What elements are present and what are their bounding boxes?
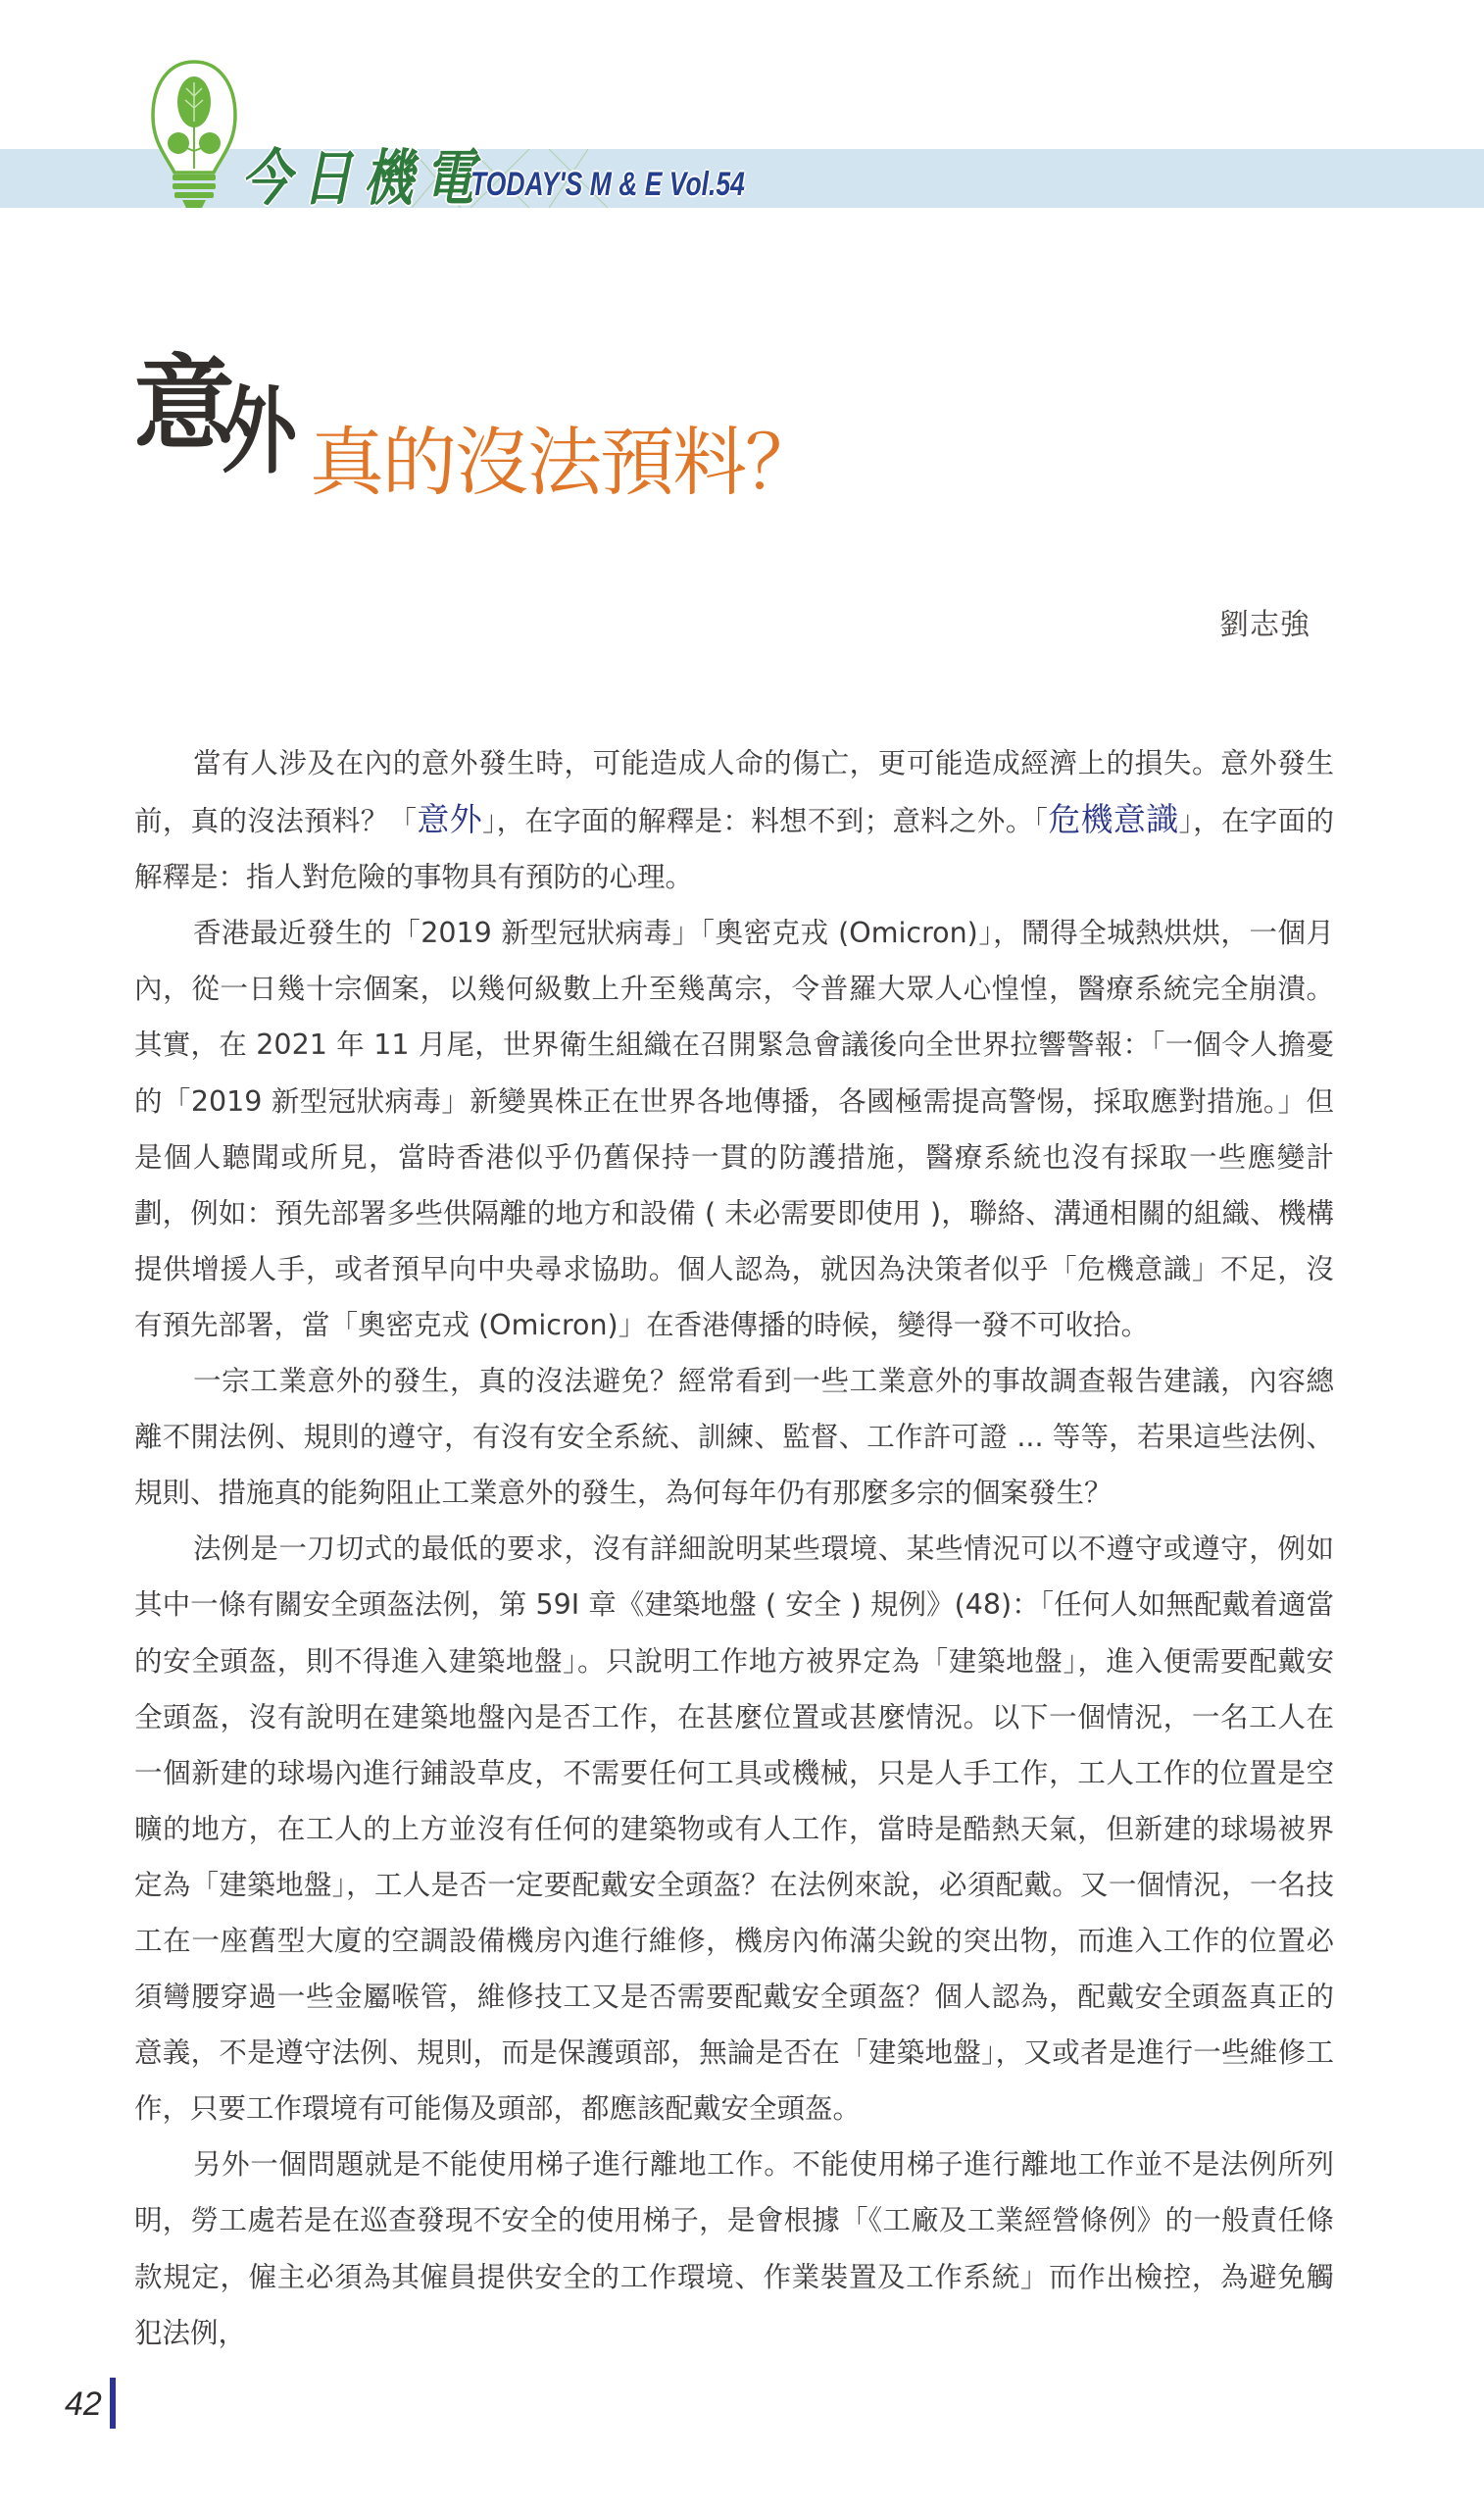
highlighted-term-crisis-awareness: 危機意識 [1048,800,1178,838]
paragraph-4: 法例是一刀切式的最低的要求，沒有詳細說明某些環境、某些情況可以不遵守或遵守，例如… [134,1521,1334,2136]
masthead-chinese-title: 今日機電 [241,143,485,214]
article-title-char-1: 意 [133,345,235,463]
article-body: 當有人涉及在內的意外發生時，可能造成人命的傷亡，更可能造成經濟上的損失。意外發生… [134,735,1334,2361]
lightbulb-sprout-icon [149,59,239,210]
article-title-char-2: 外 [222,373,297,490]
page-number-bar [110,2378,116,2429]
article-author: 劉志強 [1219,604,1311,647]
masthead-english-title: TODAY'S M & E Vol.54 [470,165,745,204]
page-number: 42 [65,2384,102,2424]
paragraph-5: 另外一個問題就是不能使用梯子進行離地工作。不能使用梯子進行離地工作並不是法例所列… [134,2136,1334,2360]
paragraph-text: 」，在字面的解釋是：料想不到；意料之外。「 [482,805,1048,837]
paragraph-1: 當有人涉及在內的意外發生時，可能造成人命的傷亡，更可能造成經濟上的損失。意外發生… [134,735,1334,905]
highlighted-term-accident: 意外 [417,800,482,838]
paragraph-3: 一宗工業意外的發生，真的沒法避免？經常看到一些工業意外的事故調查報告建議，內容總… [134,1353,1334,1521]
paragraph-2: 香港最近發生的「2019 新型冠狀病毒」「奧密克戎 (Omicron)」，鬧得全… [134,905,1334,1353]
article-title-subtitle: 真的沒法預料？ [310,412,817,514]
